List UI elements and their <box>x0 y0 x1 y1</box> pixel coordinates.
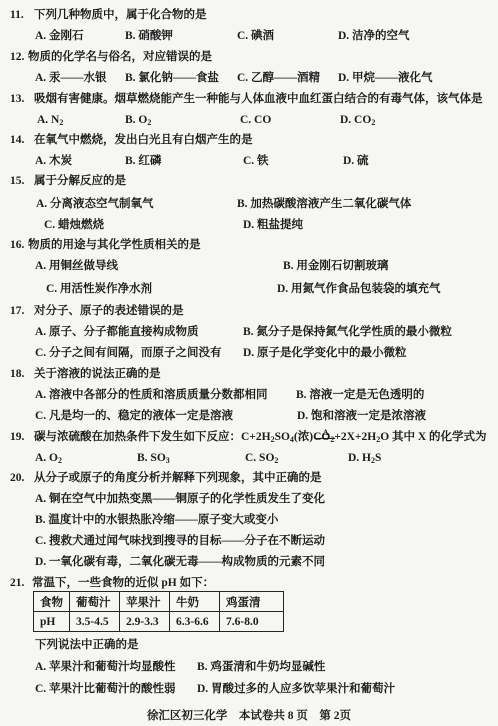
q14-option-d: D. 硫 <box>343 153 369 170</box>
page-footer: 徐汇区初三化学 本试卷共 8 页 第 2页 <box>0 708 498 725</box>
question-20-option-a: A. 铜在空气中加热变黑——铜原子的化学性质发生了变化 <box>0 491 498 508</box>
question-text: 关于溶液的说法正确的是 <box>34 366 161 383</box>
exam-page: 11. 下列几种物质中，属于化合物的是 A. 金刚石 B. 硝酸钾 C. 碘酒 … <box>0 0 498 726</box>
question-text: 常温下，一些食物的近似 pH 如下： <box>32 575 214 592</box>
question-text: 下列几种物质中，属于化合物的是 <box>34 7 207 24</box>
q15-option-b: B. 加热碳酸溶液产生二氧化碳气体 <box>237 196 411 213</box>
ph-table-header-cell: 食物 <box>34 592 70 612</box>
q13-option-d: D. CO2 <box>340 112 375 129</box>
question-text: 物质的用途与其化学性质相关的是 <box>28 237 201 254</box>
question-number: 12. <box>10 49 24 66</box>
ph-table-header-cell: 牛奶 <box>170 592 220 612</box>
question-12-options: A. 汞——水银 B. 氯化钠——食盐 C. 乙醇——酒精 D. 甲烷——液化气 <box>0 70 498 87</box>
ph-table-value-cell: 3.5-4.5 <box>70 612 120 632</box>
q11-option-b: B. 硝酸钾 <box>125 28 173 45</box>
q18-option-c: C. 凡是均一的、稳定的液体一定是溶液 <box>35 408 233 425</box>
q20-option-b: B. 温度计中的水银热胀冷缩——原子变大或变小 <box>35 512 278 529</box>
question-number: 15. <box>10 173 24 190</box>
q12-option-d: D. 甲烷——液化气 <box>338 70 433 87</box>
question-17-options-cd: C. 分子之间有间隔，而原子之间没有 D. 原子是化学变化中的最小微粒 <box>0 345 498 362</box>
q13-option-a: A. N2 <box>37 112 63 129</box>
followup-text: 下列说法中正确的是 <box>35 637 139 654</box>
question-14-stem: 14. 在氧气中燃烧，发出白光且有白烟产生的是 <box>0 132 498 149</box>
q16-option-c: C. 用活性炭作净水剂 <box>46 281 152 298</box>
q21-option-b: B. 鸡蛋清和牛奶均显碱性 <box>197 659 325 676</box>
q13-option-c: C. CO <box>240 112 271 129</box>
q17-option-a: A. 原子、分子都能直接构成物质 <box>35 324 199 341</box>
question-21-options-ab: A. 苹果汁和葡萄汁均显酸性 B. 鸡蛋清和牛奶均显碱性 <box>0 659 498 676</box>
q11-option-a: A. 金刚石 <box>35 28 84 45</box>
question-text: 属于分解反应的是 <box>34 173 126 190</box>
question-text: 对分子、原子的表述错误的是 <box>34 303 184 320</box>
q15-option-d: D. 粗盐提纯 <box>243 217 303 234</box>
question-number: 11. <box>10 7 24 24</box>
question-17-stem: 17. 对分子、原子的表述错误的是 <box>0 303 498 320</box>
q17-option-b: B. 氮分子是保持氮气化学性质的最小微粒 <box>243 324 452 341</box>
question-13-options: A. N2 B. O2 C. CO D. CO2 <box>0 112 498 129</box>
q16-option-b: B. 用金刚石切割玻璃 <box>283 258 388 275</box>
ph-table-header-cell: 苹果汁 <box>120 592 170 612</box>
ph-table-value-cell: 6.3-6.6 <box>170 612 220 632</box>
question-11-stem: 11. 下列几种物质中，属于化合物的是 <box>0 7 498 24</box>
question-text: 碳与浓硫酸在加热条件下发生如下反应：C+2H2SO4(浓)ΔCO2+2X+2H2… <box>34 429 487 446</box>
question-number: 18. <box>10 366 24 383</box>
question-number: 14. <box>10 132 24 149</box>
q19-option-a: A. O2 <box>35 450 62 467</box>
question-14-options: A. 木炭 B. 红磷 C. 铁 D. 硫 <box>0 153 498 170</box>
q17-option-d: D. 原子是化学变化中的最小微粒 <box>243 345 407 362</box>
question-21-options-cd: C. 苹果汁比葡萄汁的酸性弱 D. 胃酸过多的人应多饮苹果汁和葡萄汁 <box>0 681 498 698</box>
q12-option-b: B. 氯化钠——食盐 <box>125 70 219 87</box>
question-text: 在氧气中燃烧，发出白光且有白烟产生的是 <box>34 132 253 149</box>
q12-option-c: C. 乙醇——酒精 <box>237 70 320 87</box>
q16-option-a: A. 用铜丝做导线 <box>35 258 118 275</box>
q11-option-c: C. 碘酒 <box>237 28 274 45</box>
q19-option-d: D. H2S <box>348 450 381 467</box>
question-number: 17. <box>10 303 24 320</box>
question-16-stem: 16. 物质的用途与其化学性质相关的是 <box>0 237 498 254</box>
question-11-options: A. 金刚石 B. 硝酸钾 C. 碘酒 D. 洁净的空气 <box>0 28 498 45</box>
q18-option-a: A. 溶液中各部分的性质和溶质质量分数都相同 <box>35 387 268 404</box>
question-number: 20. <box>10 470 24 487</box>
q19-option-b: B. SO3 <box>137 450 170 467</box>
q20-option-a: A. 铜在空气中加热变黑——铜原子的化学性质发生了变化 <box>35 491 325 508</box>
ph-table-value-row: pH 3.5-4.5 2.9-3.3 6.3-6.6 7.6-8.0 <box>34 612 284 632</box>
ph-table-value-cell: 7.6-8.0 <box>220 612 284 632</box>
q15-option-a: A. 分离液态空气制氧气 <box>36 196 154 213</box>
ph-table: 食物 葡萄汁 苹果汁 牛奶 鸡蛋清 pH 3.5-4.5 2.9-3.3 6.3… <box>33 591 284 632</box>
question-16-options-ab: A. 用铜丝做导线 B. 用金刚石切割玻璃 <box>0 258 498 275</box>
question-12-stem: 12. 物质的化学名与俗名，对应错误的是 <box>0 49 498 66</box>
question-21-stem: 21. 常温下，一些食物的近似 pH 如下： <box>0 575 498 592</box>
ph-table-value-cell: 2.9-3.3 <box>120 612 170 632</box>
question-text: 物质的化学名与俗名，对应错误的是 <box>28 49 212 66</box>
question-text: 吸烟有害健康。烟草燃烧能产生一种能与人体血液中血红蛋白结合的有毒气体，该气体是 <box>34 91 483 108</box>
q14-option-b: B. 红磷 <box>125 153 161 170</box>
question-15-options-ab: A. 分离液态空气制氧气 B. 加热碳酸溶液产生二氧化碳气体 <box>0 196 498 213</box>
q21-option-d: D. 胃酸过多的人应多饮苹果汁和葡萄汁 <box>197 681 395 698</box>
question-number: 19. <box>10 429 24 446</box>
question-21-followup: 下列说法中正确的是 <box>0 637 498 654</box>
q19-option-c: C. SO2 <box>245 450 278 467</box>
q20-option-d: D. 一氧化碳有毒，二氧化碳无毒——构成物质的元素不同 <box>35 554 325 571</box>
question-20-option-b: B. 温度计中的水银热胀冷缩——原子变大或变小 <box>0 512 498 529</box>
question-18-stem: 18. 关于溶液的说法正确的是 <box>0 366 498 383</box>
question-number: 16. <box>10 237 24 254</box>
question-text: 从分子或原子的角度分析并解释下列现象，其中正确的是 <box>34 470 322 487</box>
ph-table-header-cell: 鸡蛋清 <box>220 592 284 612</box>
q17-option-c: C. 分子之间有间隔，而原子之间没有 <box>35 345 222 362</box>
question-18-options-cd: C. 凡是均一的、稳定的液体一定是溶液 D. 饱和溶液一定是浓溶液 <box>0 408 498 425</box>
question-number: 13. <box>10 91 24 108</box>
question-19-stem: 19. 碳与浓硫酸在加热条件下发生如下反应：C+2H2SO4(浓)ΔCO2+2X… <box>0 429 498 446</box>
question-17-options-ab: A. 原子、分子都能直接构成物质 B. 氮分子是保持氮气化学性质的最小微粒 <box>0 324 498 341</box>
ph-table-header-cell: 葡萄汁 <box>70 592 120 612</box>
q13-option-b: B. O2 <box>125 112 151 129</box>
question-18-options-ab: A. 溶液中各部分的性质和溶质质量分数都相同 B. 溶液一定是无色透明的 <box>0 387 498 404</box>
ph-table-value-cell: pH <box>34 612 70 632</box>
question-20-option-c: C. 搜救犬通过闻气味找到搜寻的目标——分子在不断运动 <box>0 533 498 550</box>
q21-option-a: A. 苹果汁和葡萄汁均显酸性 <box>35 659 176 676</box>
q18-option-d: D. 饱和溶液一定是浓溶液 <box>297 408 426 425</box>
q14-option-c: C. 铁 <box>243 153 269 170</box>
q11-option-d: D. 洁净的空气 <box>338 28 410 45</box>
question-15-options-cd: C. 蜡烛燃烧 D. 粗盐提纯 <box>0 217 498 234</box>
q15-option-c: C. 蜡烛燃烧 <box>44 217 104 234</box>
q21-option-c: C. 苹果汁比葡萄汁的酸性弱 <box>35 681 176 698</box>
q20-option-c: C. 搜救犬通过闻气味找到搜寻的目标——分子在不断运动 <box>35 533 325 550</box>
q16-option-d: D. 用氮气作食品包装袋的填充气 <box>277 281 441 298</box>
question-13-stem: 13. 吸烟有害健康。烟草燃烧能产生一种能与人体血液中血红蛋白结合的有毒气体，该… <box>0 91 498 108</box>
question-20-option-d: D. 一氧化碳有毒，二氧化碳无毒——构成物质的元素不同 <box>0 554 498 571</box>
q14-option-a: A. 木炭 <box>35 153 72 170</box>
q12-option-a: A. 汞——水银 <box>35 70 107 87</box>
question-20-stem: 20. 从分子或原子的角度分析并解释下列现象，其中正确的是 <box>0 470 498 487</box>
question-15-stem: 15. 属于分解反应的是 <box>0 173 498 190</box>
question-16-options-cd: C. 用活性炭作净水剂 D. 用氮气作食品包装袋的填充气 <box>0 281 498 298</box>
q18-option-b: B. 溶液一定是无色透明的 <box>296 387 424 404</box>
ph-table-header-row: 食物 葡萄汁 苹果汁 牛奶 鸡蛋清 <box>34 592 284 612</box>
question-19-options: A. O2 B. SO3 C. SO2 D. H2S <box>0 450 498 467</box>
question-number: 21. <box>10 575 24 592</box>
